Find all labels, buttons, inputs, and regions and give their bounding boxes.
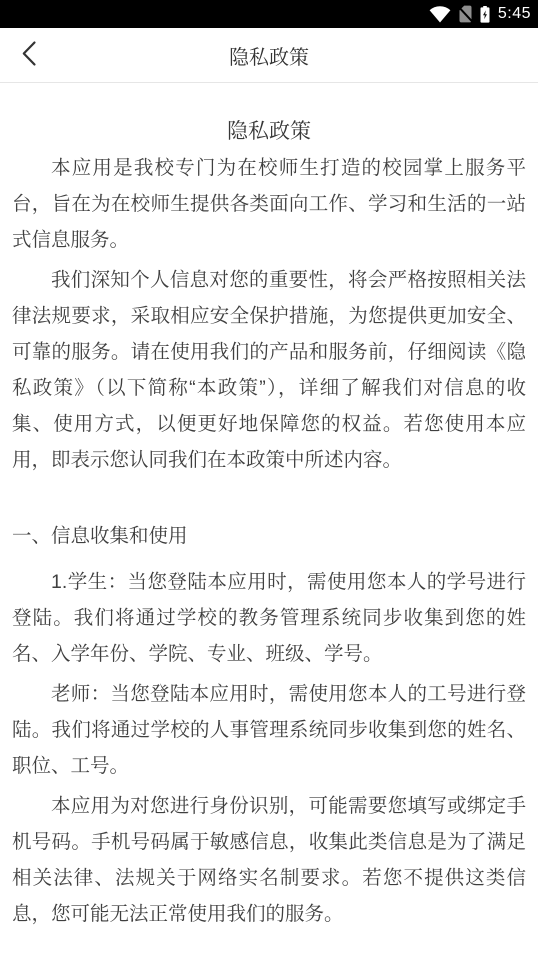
policy-paragraph: 本应用是我校专门为在校师生打造的校园掌上服务平台，旨在为在校师生提供各类面向工作… [12, 150, 526, 258]
status-time: 5:45 [498, 0, 531, 28]
battery-charging-icon [480, 6, 490, 23]
policy-paragraph: 1.学生：当您登陆本应用时，需使用您本人的学号进行登陆。我们将通过学校的教务管理… [12, 564, 526, 672]
policy-paragraph: 老师：当您登陆本应用时，需使用您本人的工号进行登陆。我们将通过学校的人事管理系统… [12, 676, 526, 784]
nav-bar: 隐私政策 [0, 28, 538, 83]
no-sim-icon [457, 5, 474, 23]
back-button[interactable] [21, 40, 37, 70]
section-heading-info-collection: 一、信息收集和使用 [12, 518, 526, 554]
chevron-left-icon [21, 40, 37, 70]
wifi-icon [429, 6, 451, 23]
policy-scroll-view[interactable]: 隐私政策 本应用是我校专门为在校师生打造的校园掌上服务平台，旨在为在校师生提供各… [0, 83, 538, 957]
status-bar: 5:45 [0, 0, 538, 28]
policy-paragraph: 我们深知个人信息对您的重要性，将会严格按照相关法律法规要求，采取相应安全保护措施… [12, 262, 526, 478]
document-title: 隐私政策 [12, 117, 526, 146]
policy-paragraph: 本应用为对您进行身份识别，可能需要您填写或绑定手机号码。手机号码属于敏感信息，收… [12, 788, 526, 932]
nav-title: 隐私政策 [229, 41, 309, 70]
